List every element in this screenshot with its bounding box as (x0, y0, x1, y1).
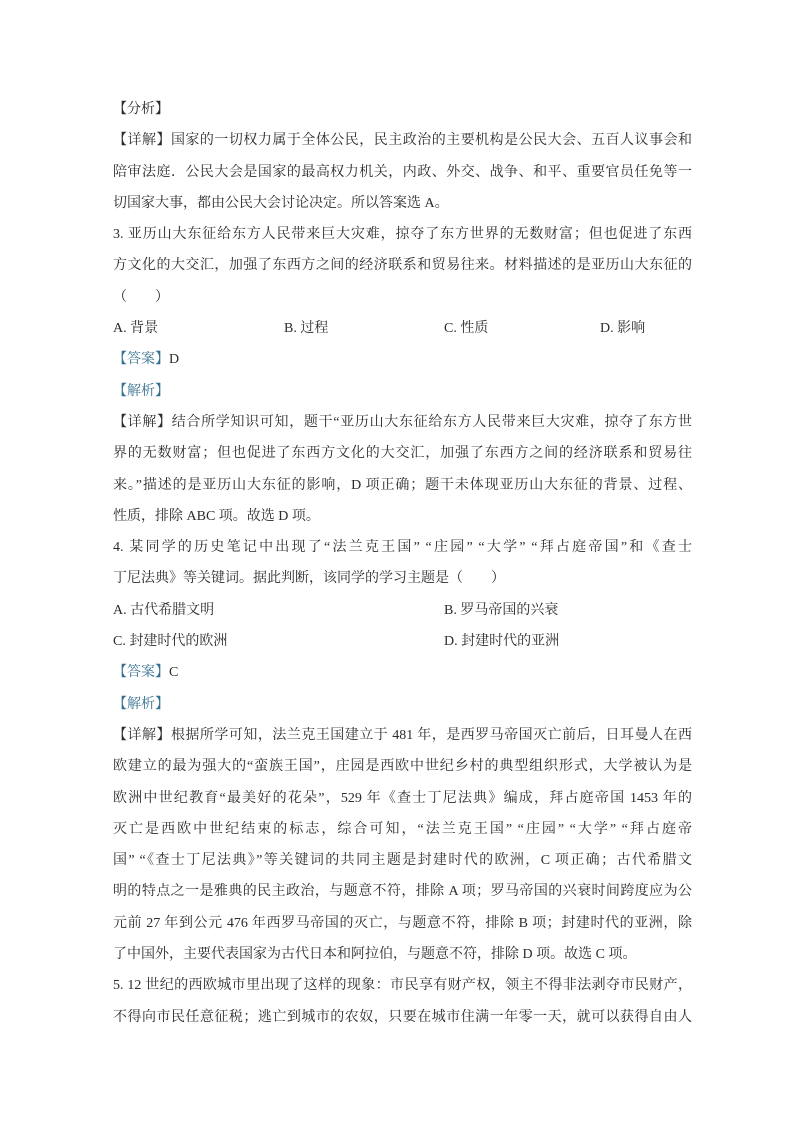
q4-answer-line: 【答案】C (113, 657, 692, 688)
bracket-label: 【解析】 (113, 697, 169, 712)
option-item: B. 过程 (284, 313, 444, 344)
q3-detail-line: 性质，排除 ABC 项。故选 D 项。 (113, 501, 692, 532)
text-span: D (169, 352, 179, 367)
q4-detail-line: 【详解】根据所学可知，法兰克王国建立于 481 年，是西罗马帝国灭亡前后，日耳曼… (113, 720, 692, 751)
text-span: 切国家大事，都由公民大会讨论决定。所以答案选 A。 (113, 196, 449, 211)
text-span: 丁尼法典》等关键词。据此判断，该同学的学习主题是（ ） (113, 571, 505, 586)
q3-stem-line: 方文化的大交汇，加强了东西方之间的经济联系和贸易往来。材料描述的是亚历山大东征的 (113, 250, 692, 281)
text-span: 5. 12 世纪的西欧城市里出现了这样的现象：市民享有财产权，领主不得非法剥夺市… (113, 978, 692, 993)
text-span: 国” “《查士丁尼法典》”等关键词的共同主题是封建时代的欧洲，C 项正确；古代希… (113, 853, 692, 868)
text-span: 【详解】国家的一切权力属于全体公民，民主政治的主要机构是公民大会、五百人议事会和 (113, 133, 692, 148)
page-content: 【分析】【详解】国家的一切权力属于全体公民，民主政治的主要机构是公民大会、五百人… (113, 94, 692, 1033)
bracket-label: 【答案】 (113, 665, 169, 680)
text-span: 来。”描述的是亚历山大东征的影响，D 项正确；题干未体现亚历山大东征的背景、过程… (113, 478, 692, 493)
q3-detail-line: 来。”描述的是亚历山大东征的影响，D 项正确；题干未体现亚历山大东征的背景、过程… (113, 470, 692, 501)
option-item: D. 影响 (600, 313, 645, 344)
q4-options-row: C. 封建时代的欧洲D. 封建时代的亚洲 (113, 626, 692, 657)
q4-stem-line: 丁尼法典》等关键词。据此判断，该同学的学习主题是（ ） (113, 563, 692, 594)
text-span: 【分析】 (113, 102, 169, 117)
q3-detail-line: 【详解】结合所学知识可知，题干“亚历山大东征给东方人民带来巨大灾难，掠夺了东方世 (113, 407, 692, 438)
option-item: C. 性质 (444, 313, 600, 344)
analysis-label: 【分析】 (113, 94, 692, 125)
q3-options-row: A. 背景B. 过程C. 性质D. 影响 (113, 313, 692, 344)
q3-detail-line: 界的无数财富；但也促进了东西方文化的大交汇，加强了东西方之间的经济联系和贸易往 (113, 438, 692, 469)
text-span: 方文化的大交汇，加强了东西方之间的经济联系和贸易往来。材料描述的是亚历山大东征的 (113, 258, 692, 273)
q3-stem-line: 3. 亚历山大东征给东方人民带来巨大灾难，掠夺了东方世界的无数财富；但也促进了东… (113, 219, 692, 250)
text-span: 元前 27 年到公元 476 年西罗马帝国的灭亡，与题意不符，排除 B 项；封建… (113, 916, 692, 931)
bracket-label: 【答案】 (113, 352, 169, 367)
q2-detail-line: 陪审法庭．公民大会是国家的最高权力机关，内政、外交、战争、和平、重要官员任免等一 (113, 157, 692, 188)
option-item: A. 背景 (113, 313, 284, 344)
option-item: D. 封建时代的亚洲 (444, 626, 559, 657)
document-page: 【分析】【详解】国家的一切权力属于全体公民，民主政治的主要机构是公民大会、五百人… (0, 0, 793, 1122)
text-span: 灭亡是西欧中世纪结束的标志，综合可知，“法兰克王国” “庄园” “大学” “拜占… (113, 822, 692, 837)
option-item: C. 封建时代的欧洲 (113, 626, 444, 657)
text-span: 【详解】根据所学可知，法兰克王国建立于 481 年，是西罗马帝国灭亡前后，日耳曼… (113, 728, 692, 743)
q3-stem-parens: （ ） (113, 282, 692, 313)
q2-detail-line: 切国家大事，都由公民大会讨论决定。所以答案选 A。 (113, 188, 692, 219)
q4-jiexi-label: 【解析】 (113, 689, 692, 720)
text-span: 界的无数财富；但也促进了东西方文化的大交汇，加强了东西方之间的经济联系和贸易往 (113, 446, 692, 461)
option-item: B. 罗马帝国的兴衰 (444, 595, 558, 626)
text-span: 了中国外，主要代表国家为古代日本和阿拉伯，与题意不符，排除 D 项。故选 C 项… (113, 947, 636, 962)
q4-detail-line: 欧洲中世纪教育“最美好的花朵”，529 年《查士丁尼法典》编成，拜占庭帝国 14… (113, 783, 692, 814)
bracket-label: 【解析】 (113, 384, 169, 399)
text-span: 欧洲中世纪教育“最美好的花朵”，529 年《查士丁尼法典》编成，拜占庭帝国 14… (113, 791, 692, 806)
text-span: 不得向市民任意征税；逃亡到城市的农奴，只要在城市住满一年零一天，就可以获得自由人 (113, 1010, 692, 1025)
q4-detail-line: 灭亡是西欧中世纪结束的标志，综合可知，“法兰克王国” “庄园” “大学” “拜占… (113, 814, 692, 845)
q3-jiexi-label: 【解析】 (113, 376, 692, 407)
q4-stem-line: 4. 某同学的历史笔记中出现了“法兰克王国” “庄园” “大学” “拜占庭帝国”… (113, 532, 692, 563)
text-span: 陪审法庭．公民大会是国家的最高权力机关，内政、外交、战争、和平、重要官员任免等一 (113, 165, 692, 180)
q4-detail-line: 元前 27 年到公元 476 年西罗马帝国的灭亡，与题意不符，排除 B 项；封建… (113, 908, 692, 939)
text-span: 明的特点之一是雅典的民主政治，与题意不符，排除 A 项；罗马帝国的兴衰时间跨度应… (113, 884, 692, 899)
text-span: 4. 某同学的历史笔记中出现了“法兰克王国” “庄园” “大学” “拜占庭帝国”… (113, 540, 692, 555)
q5-stem-line: 不得向市民任意征税；逃亡到城市的农奴，只要在城市住满一年零一天，就可以获得自由人 (113, 1002, 692, 1033)
text-span: （ ） (113, 290, 169, 305)
q3-answer-line: 【答案】D (113, 344, 692, 375)
text-span: 3. 亚历山大东征给东方人民带来巨大灾难，掠夺了东方世界的无数财富；但也促进了东… (113, 227, 692, 242)
q4-detail-line: 欧建立的最为强大的“蛮族王国”，庄园是西欧中世纪乡村的典型组织形式，大学被认为是 (113, 751, 692, 782)
text-span: 性质，排除 ABC 项。故选 D 项。 (113, 509, 320, 524)
text-span: C (169, 665, 178, 680)
q4-detail-line: 明的特点之一是雅典的民主政治，与题意不符，排除 A 项；罗马帝国的兴衰时间跨度应… (113, 876, 692, 907)
option-item: A. 古代希腊文明 (113, 595, 444, 626)
text-span: 欧建立的最为强大的“蛮族王国”，庄园是西欧中世纪乡村的典型组织形式，大学被认为是 (113, 759, 692, 774)
q5-stem-line: 5. 12 世纪的西欧城市里出现了这样的现象：市民享有财产权，领主不得非法剥夺市… (113, 970, 692, 1001)
q4-options-row: A. 古代希腊文明B. 罗马帝国的兴衰 (113, 595, 692, 626)
q2-detail-line: 【详解】国家的一切权力属于全体公民，民主政治的主要机构是公民大会、五百人议事会和 (113, 125, 692, 156)
q4-detail-line: 国” “《查士丁尼法典》”等关键词的共同主题是封建时代的欧洲，C 项正确；古代希… (113, 845, 692, 876)
q4-detail-line: 了中国外，主要代表国家为古代日本和阿拉伯，与题意不符，排除 D 项。故选 C 项… (113, 939, 692, 970)
text-span: 【详解】结合所学知识可知，题干“亚历山大东征给东方人民带来巨大灾难，掠夺了东方世 (113, 415, 692, 430)
